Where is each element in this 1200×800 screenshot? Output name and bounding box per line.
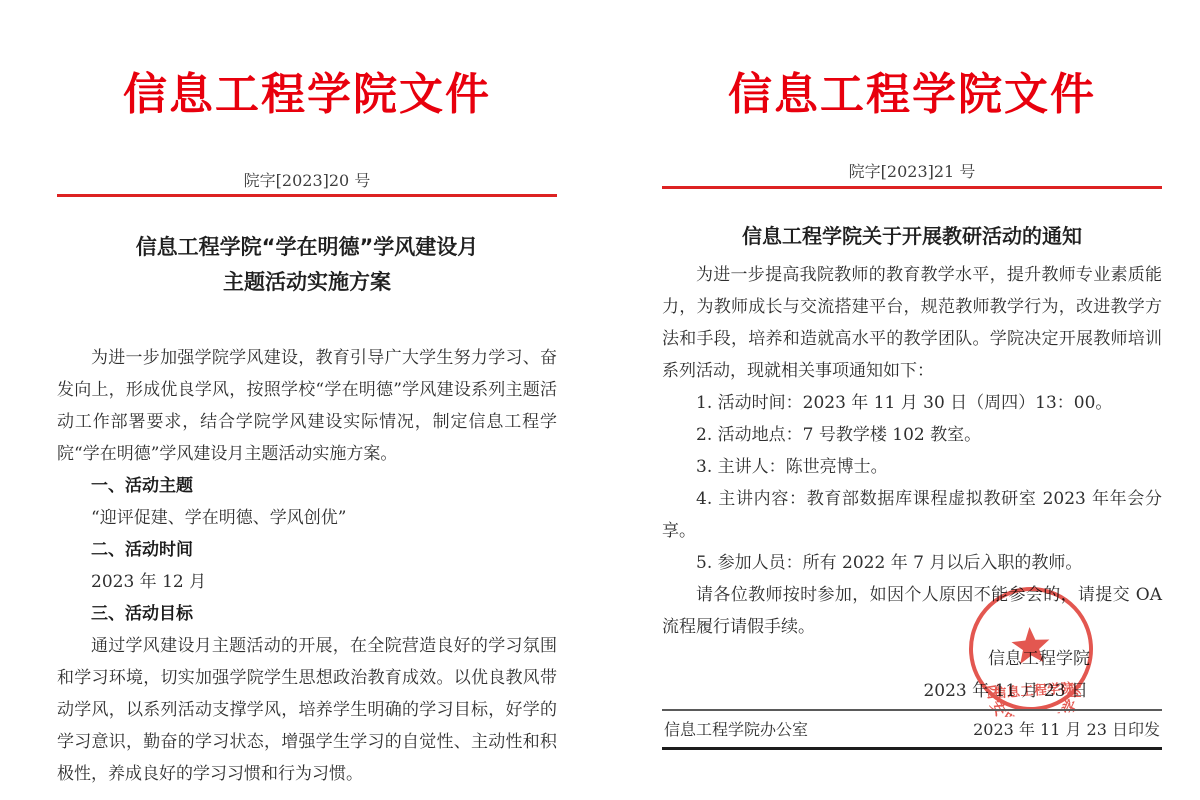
masthead-right: 信息工程学院文件 bbox=[662, 70, 1162, 120]
list-item: 1. 活动时间：2023 年 11 月 30 日（周四）13：00。 bbox=[662, 387, 1162, 419]
red-divider-left bbox=[57, 194, 557, 197]
list-item: 2. 活动地点：7 号教学楼 102 教室。 bbox=[662, 419, 1162, 451]
document-canvas: 信息工程学院文件 院字[2023]20 号 信息工程学院“学在明德”学风建设月 … bbox=[0, 0, 1200, 800]
footer-issuer: 信息工程学院办公室 bbox=[664, 717, 808, 740]
list-item: 4. 主讲内容：教育部数据库课程虚拟教研室 2023 年年会分享。 bbox=[662, 483, 1162, 547]
section-heading: 二、活动时间 bbox=[57, 534, 557, 566]
doc-number-left: 院字[2023]20 号 bbox=[57, 170, 557, 192]
masthead-left: 信息工程学院文件 bbox=[57, 70, 557, 120]
document-page-20: 信息工程学院文件 院字[2023]20 号 信息工程学院“学在明德”学风建设月 … bbox=[57, 0, 557, 800]
footer-print-date: 2023 年 11 月 23 日印发 bbox=[973, 717, 1160, 740]
list-item: 5. 参加人员：所有 2022 年 7 月以后入职的教师。 bbox=[662, 547, 1162, 579]
paragraph: 为进一步提高我院教师的教育教学水平，提升教师专业素质能力，为教师成长与交流搭建平… bbox=[662, 259, 1162, 387]
paragraph: 通过学风建设月主题活动的开展，在全院营造良好的学习氛围和学习环境，切实加强学院学… bbox=[57, 630, 557, 790]
doc-title-left-line1: 信息工程学院“学在明德”学风建设月 bbox=[57, 230, 557, 265]
doc-number-right: 院字[2023]21 号 bbox=[662, 161, 1162, 183]
body-right: 为进一步提高我院教师的教育教学水平，提升教师专业素质能力，为教师成长与交流搭建平… bbox=[662, 259, 1162, 707]
body-left: 为进一步加强学院学风建设，教育引导广大学生努力学习、奋发向上，形成优良学风，按照… bbox=[57, 342, 557, 790]
signature-date: 2023 年 11 月 23 日 bbox=[662, 675, 1162, 707]
footer: 信息工程学院办公室 2023 年 11 月 23 日印发 bbox=[662, 709, 1162, 750]
red-divider-right bbox=[662, 186, 1162, 189]
paragraph: 请各位教师按时参加，如因个人原因不能参会的，请提交 OA 流程履行请假手续。 bbox=[662, 579, 1162, 643]
doc-title-left: 信息工程学院“学在明德”学风建设月 主题活动实施方案 bbox=[57, 230, 557, 300]
doc-title-right: 信息工程学院关于开展教研活动的通知 bbox=[662, 219, 1162, 253]
list-item: 3. 主讲人：陈世亮博士。 bbox=[662, 451, 1162, 483]
section-heading: 三、活动目标 bbox=[57, 598, 557, 630]
signature-org: 信息工程学院 bbox=[662, 643, 1162, 675]
section-heading: 一、活动主题 bbox=[57, 470, 557, 502]
paragraph: 为进一步加强学院学风建设，教育引导广大学生努力学习、奋发向上，形成优良学风，按照… bbox=[57, 342, 557, 470]
doc-title-right-line1: 信息工程学院关于开展教研活动的通知 bbox=[662, 219, 1162, 253]
paragraph: 2023 年 12 月 bbox=[57, 566, 557, 598]
paragraph: “迎评促建、学在明德、学风创优” bbox=[57, 502, 557, 534]
doc-title-left-line2: 主题活动实施方案 bbox=[57, 265, 557, 300]
footer-row: 信息工程学院办公室 2023 年 11 月 23 日印发 bbox=[662, 711, 1162, 747]
document-page-21: 信息工程学院文件 院字[2023]21 号 信息工程学院关于开展教研活动的通知 … bbox=[662, 0, 1162, 800]
footer-rule-thick bbox=[662, 747, 1162, 750]
